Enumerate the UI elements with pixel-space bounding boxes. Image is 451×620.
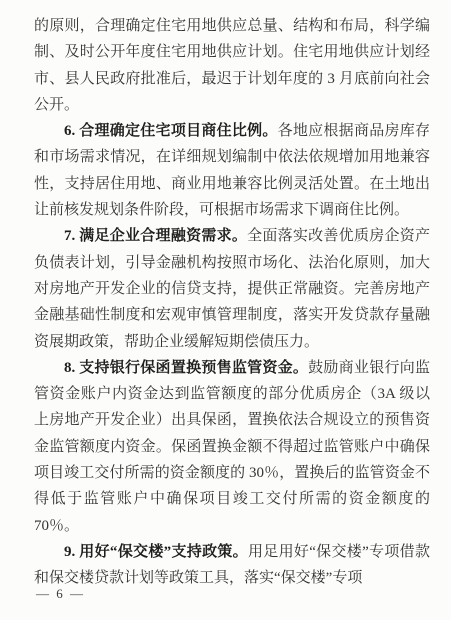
paragraph-body: 鼓励商业银行向监管资金账户内资金达到监管额度的部分优质房企（3A 级以上房地产开… bbox=[34, 360, 430, 534]
page-number: — 6 — bbox=[36, 586, 85, 602]
paragraph-lead: 9. 用好“保交楼”支持政策。 bbox=[64, 544, 248, 560]
paragraph-item-7: 7. 满足企业合理融资需求。全面落实改善优质房企资产负债表计划，引导金融机构按照… bbox=[34, 223, 430, 354]
paragraph-continuation: 的原则，合理确定住宅用地供应总量、结构和布局，科学编制、及时公开年度住宅用地供应… bbox=[34, 13, 430, 118]
paragraph-body: 的原则，合理确定住宅用地供应总量、结构和布局，科学编制、及时公开年度住宅用地供应… bbox=[34, 18, 430, 113]
paragraph-item-9: 9. 用好“保交楼”支持政策。用足用好“保交楼”专项借款和保交楼贷款计划等政策工… bbox=[34, 539, 430, 592]
paragraph-body: 全面落实改善优质房企资产负债表计划，引导金融机构按照市场化、法治化原则，加大对房… bbox=[34, 228, 430, 349]
paragraph-item-6: 6. 合理确定住宅项目商住比例。各地应根据商品房库存和市场需求情况，在详细规划编… bbox=[34, 118, 430, 223]
paragraph-lead: 6. 合理确定住宅项目商住比例。 bbox=[64, 123, 278, 139]
paragraph-lead: 7. 满足企业合理融资需求。 bbox=[64, 228, 247, 244]
paragraph-item-8: 8. 支持银行保函置换预售监管资金。鼓励商业银行向监管资金账户内资金达到监管额度… bbox=[34, 355, 430, 539]
paragraph-lead: 8. 支持银行保函置换预售监管资金。 bbox=[64, 360, 308, 376]
document-text-block: 的原则，合理确定住宅用地供应总量、结构和布局，科学编制、及时公开年度住宅用地供应… bbox=[34, 13, 430, 592]
